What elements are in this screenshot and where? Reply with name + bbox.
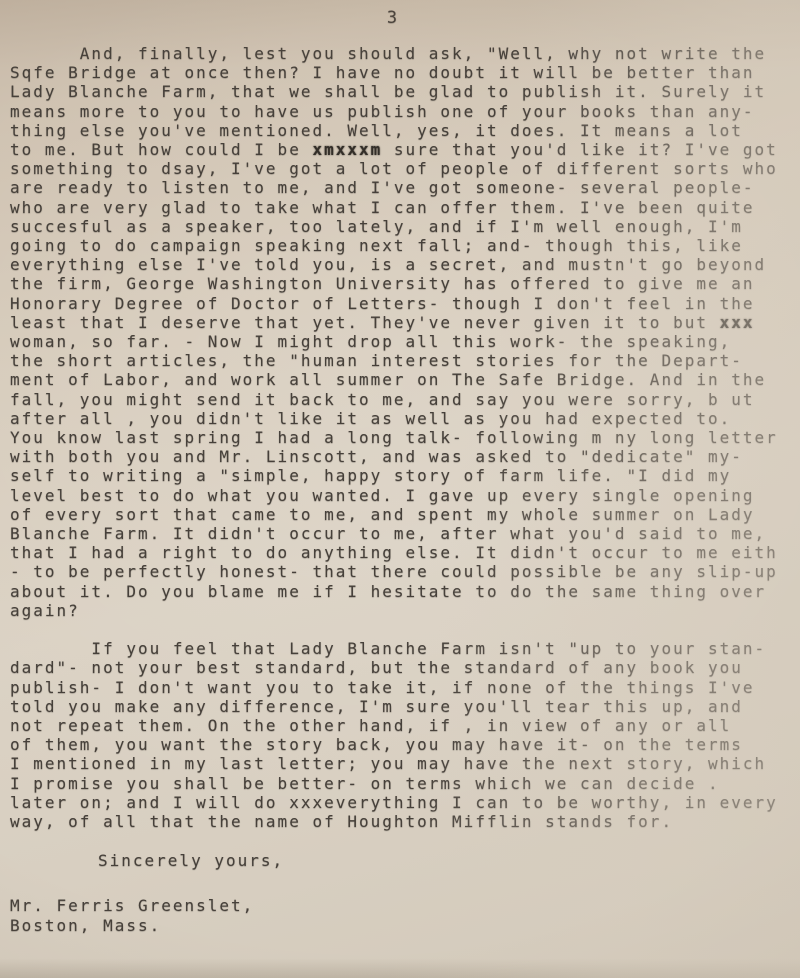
- letter-line: something to dsay, I've got a lot of peo…: [10, 159, 798, 178]
- letter-line: Honorary Degree of Doctor of Letters- th…: [10, 294, 798, 313]
- letter-line: to me. But how could I be xmxxxm sure th…: [10, 140, 798, 159]
- letter-line: - to be perfectly honest- that there cou…: [10, 562, 798, 581]
- letter-line: publish- I don't want you to take it, if…: [10, 678, 798, 697]
- letter-line: the short articles, the "human interest …: [10, 351, 798, 370]
- letter-line: means more to you to have us publish one…: [10, 102, 798, 121]
- letter-line: about it. Do you blame me if I hesitate …: [10, 582, 798, 601]
- overstruck-text: xxx: [720, 313, 755, 332]
- address-line: Mr. Ferris Greenslet,: [10, 896, 798, 915]
- letter-line: level best to do what you wanted. I gave…: [10, 486, 798, 505]
- letter-line: that I had a right to do anything else. …: [10, 543, 798, 562]
- letter-content: And, finally, lest you should ask, "Well…: [10, 44, 798, 935]
- address-line: Boston, Mass.: [10, 916, 798, 935]
- letter-line: who are very glad to take what I can off…: [10, 198, 798, 217]
- letter-line: again?: [10, 601, 798, 620]
- letter-line: told you make any difference, I'm sure y…: [10, 697, 798, 716]
- page-number: 3: [0, 8, 786, 28]
- letter-line: least that I deserve that yet. They've n…: [10, 313, 798, 332]
- letter-line: way, of all that the name of Houghton Mi…: [10, 812, 798, 831]
- letter-line: the firm, George Washington University h…: [10, 274, 798, 293]
- letter-line: thing else you've mentioned. Well, yes, …: [10, 121, 798, 140]
- letter-line: succesful as a speaker, too lately, and …: [10, 217, 798, 236]
- paragraph: If you feel that Lady Blanche Farm isn't…: [10, 639, 798, 831]
- letter-line: I mentioned in my last letter; you may h…: [10, 754, 798, 773]
- letter-line: ment of Labor, and work all summer on Th…: [10, 370, 798, 389]
- letter-line: not repeat them. On the other hand, if ,…: [10, 716, 798, 735]
- letter-line: If you feel that Lady Blanche Farm isn't…: [10, 639, 798, 658]
- letter-line: of them, you want the story back, you ma…: [10, 735, 798, 754]
- letter-body: And, finally, lest you should ask, "Well…: [10, 44, 798, 831]
- letter-line: fall, you might send it back to me, and …: [10, 390, 798, 409]
- letter-line: after all , you didn't like it as well a…: [10, 409, 798, 428]
- letter-line: everything else I've told you, is a secr…: [10, 255, 798, 274]
- letter-line: with both you and Mr. Linscott, and was …: [10, 447, 798, 466]
- letter-line: going to do campaign speaking next fall;…: [10, 236, 798, 255]
- letter-line: later on; and I will do xxxeverything I …: [10, 793, 798, 812]
- paragraph: And, finally, lest you should ask, "Well…: [10, 44, 798, 620]
- letter-line: Blanche Farm. It didn't occur to me, aft…: [10, 524, 798, 543]
- overstruck-text: xmxxxm: [312, 140, 382, 159]
- letter-line: are ready to listen to me, and I've got …: [10, 178, 798, 197]
- letter-line: dard"- not your best standard, but the s…: [10, 658, 798, 677]
- letter-line: of every sort that came to me, and spent…: [10, 505, 798, 524]
- letter-line: woman, so far. - Now I might drop all th…: [10, 332, 798, 351]
- letter-page-photo: 3 And, finally, lest you should ask, "We…: [0, 0, 800, 978]
- letter-line: And, finally, lest you should ask, "Well…: [10, 44, 798, 63]
- letter-line: self to writing a "simple, happy story o…: [10, 466, 798, 485]
- letter-line: I promise you shall be better- on terms …: [10, 774, 798, 793]
- letter-line: Sqfe Bridge at once then? I have no doub…: [10, 63, 798, 82]
- address-block: Mr. Ferris Greenslet,Boston, Mass.: [10, 896, 798, 934]
- signoff: Sincerely yours,: [10, 851, 798, 870]
- letter-line: Lady Blanche Farm, that we shall be glad…: [10, 82, 798, 101]
- letter-line: You know last spring I had a long talk- …: [10, 428, 798, 447]
